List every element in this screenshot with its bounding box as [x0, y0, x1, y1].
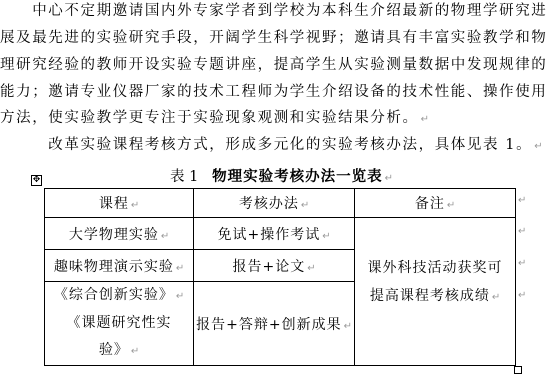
assessment-table: 课程↵ 考核办法↵ 备注↵ 大学物理实验↵ 免试+操作考试↵ 课外科技活动获奖可… — [44, 188, 516, 366]
paragraph-2-line-1: 改革实验课程考核方式，形成多元化的实验考核办法，具体见表 1。↵ — [0, 137, 543, 155]
table-move-handle-icon[interactable]: ✥ — [31, 175, 42, 186]
paragraph-1-line-5: 方法，使实验教学更专注于实验现象观测和实验结果分析。↵ — [0, 110, 429, 128]
cell-method: 报告+论文↵ — [194, 250, 355, 282]
row-end-mark-icon: ↵ — [518, 258, 526, 269]
header-note: 备注↵ — [355, 189, 516, 218]
paragraph-mark-icon: ↵ — [534, 141, 542, 152]
paragraph-1-line-1: 中心不定期邀请国内外专家学者到学校为本科生介绍最新的物理学研究进 — [0, 3, 547, 20]
row-end-mark-icon: ↵ — [518, 290, 526, 301]
table-caption-number: 表 1 — [170, 169, 198, 185]
cell-note: 课外科技活动获奖可 提高课程考核成绩↵ — [355, 218, 516, 366]
header-course: 课程↵ — [45, 189, 194, 218]
paragraph-1-line-4: 能力；邀请专业仪器厂家的技术工程师为学生介绍设备的技术性能、操作使用 — [0, 84, 547, 101]
table-caption: 表 1 物理实验考核办法一览表↵ — [170, 165, 393, 186]
paragraph-mark-icon: ↵ — [385, 173, 393, 184]
paragraph-mark-icon: ↵ — [421, 114, 429, 125]
cell-course: 《综合创新实验》↵ 《课题研究性实 验》↵ — [45, 282, 194, 366]
row-end-mark-icon: ↵ — [518, 226, 526, 237]
header-method: 考核办法↵ — [194, 189, 355, 218]
table-row: 大学物理实验↵ 免试+操作考试↵ 课外科技活动获奖可 提高课程考核成绩↵ — [45, 218, 516, 250]
paragraph-1-line-3: 理研究经验的教师开设实验专题讲座，提高学生从实验测量数据中发现规律的 — [0, 57, 547, 74]
cell-method: 免试+操作考试↵ — [194, 218, 355, 250]
table-caption-title: 物理实验考核办法一览表 — [212, 168, 383, 185]
table-resize-handle[interactable] — [514, 366, 522, 374]
table-header-row: 课程↵ 考核办法↵ 备注↵ — [45, 189, 516, 218]
paragraph-1-line-2: 展及最先进的实验研究手段，开阔学生科学视野；邀请具有丰富实验教学和物 — [0, 30, 547, 47]
row-end-mark-icon: ↵ — [518, 195, 526, 206]
cell-course: 趣味物理演示实验↵ — [45, 250, 194, 282]
cell-course: 大学物理实验↵ — [45, 218, 194, 250]
cell-method: 报告+答辩+创新成果↵ — [194, 282, 355, 366]
